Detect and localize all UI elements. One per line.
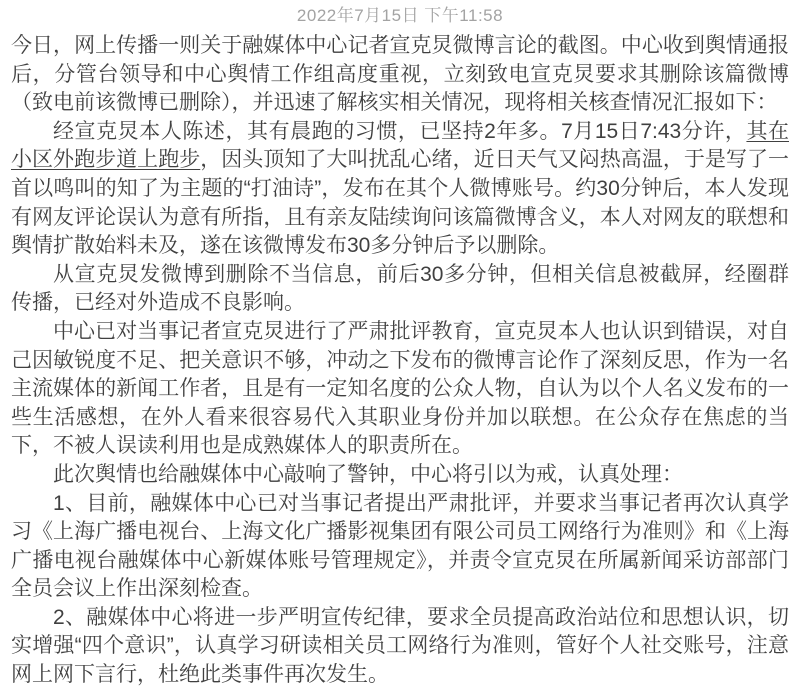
text-segment: 经宣克炅本人陈述，其有晨跑的习惯，已坚持2年多。7月15日7:43分许， bbox=[53, 120, 746, 143]
paragraph: 2、融媒体中心将进一步严明宣传纪律，要求全员提高政治站位和思想认识，切实增强“四… bbox=[11, 604, 789, 690]
text-segment: 中心已对当事记者宣克炅进行了严肃批评教育，宣克炅本人也认识到错误，对自己因敏锐度… bbox=[11, 320, 789, 457]
text-segment: 今日，网上传播一则关于融媒体中心记者宣克炅微博言论的截图。中心收到舆情通报后，分… bbox=[11, 34, 789, 114]
text-segment: 2、融媒体中心将进一步严明宣传纪律，要求全员提高政治站位和思想认识，切实增强“四… bbox=[11, 606, 789, 686]
message-timestamp: 2022年7月15日 下午11:58 bbox=[0, 0, 800, 27]
notice-page: 2022年7月15日 下午11:58 今日，网上传播一则关于融媒体中心记者宣克炅… bbox=[0, 0, 800, 690]
paragraph: 今日，网上传播一则关于融媒体中心记者宣克炅微博言论的截图。中心收到舆情通报后，分… bbox=[11, 32, 789, 118]
text-segment: 1、目前，融媒体中心已对当事记者提出严肃批评，并要求当事记者再次认真学习《上海广… bbox=[11, 492, 789, 601]
notice-body: 今日，网上传播一则关于融媒体中心记者宣克炅微博言论的截图。中心收到舆情通报后，分… bbox=[0, 32, 800, 690]
paragraph: 中心已对当事记者宣克炅进行了严肃批评教育，宣克炅本人也认识到错误，对自己因敏锐度… bbox=[11, 318, 789, 461]
paragraph: 此次舆情也给融媒体中心敲响了警钟，中心将引以为戒，认真处理： bbox=[11, 461, 789, 490]
text-segment: 此次舆情也给融媒体中心敲响了警钟，中心将引以为戒，认真处理： bbox=[53, 463, 683, 486]
text-segment: 从宣克炅发微博到删除不当信息，前后30多分钟，但相关信息被截屏，经圈群传播，已经… bbox=[11, 263, 789, 315]
paragraph: 从宣克炅发微博到删除不当信息，前后30多分钟，但相关信息被截屏，经圈群传播，已经… bbox=[11, 261, 789, 318]
paragraph: 经宣克炅本人陈述，其有晨跑的习惯，已坚持2年多。7月15日7:43分许，其在小区… bbox=[11, 118, 789, 261]
paragraph: 1、目前，融媒体中心已对当事记者提出严肃批评，并要求当事记者再次认真学习《上海广… bbox=[11, 490, 789, 604]
